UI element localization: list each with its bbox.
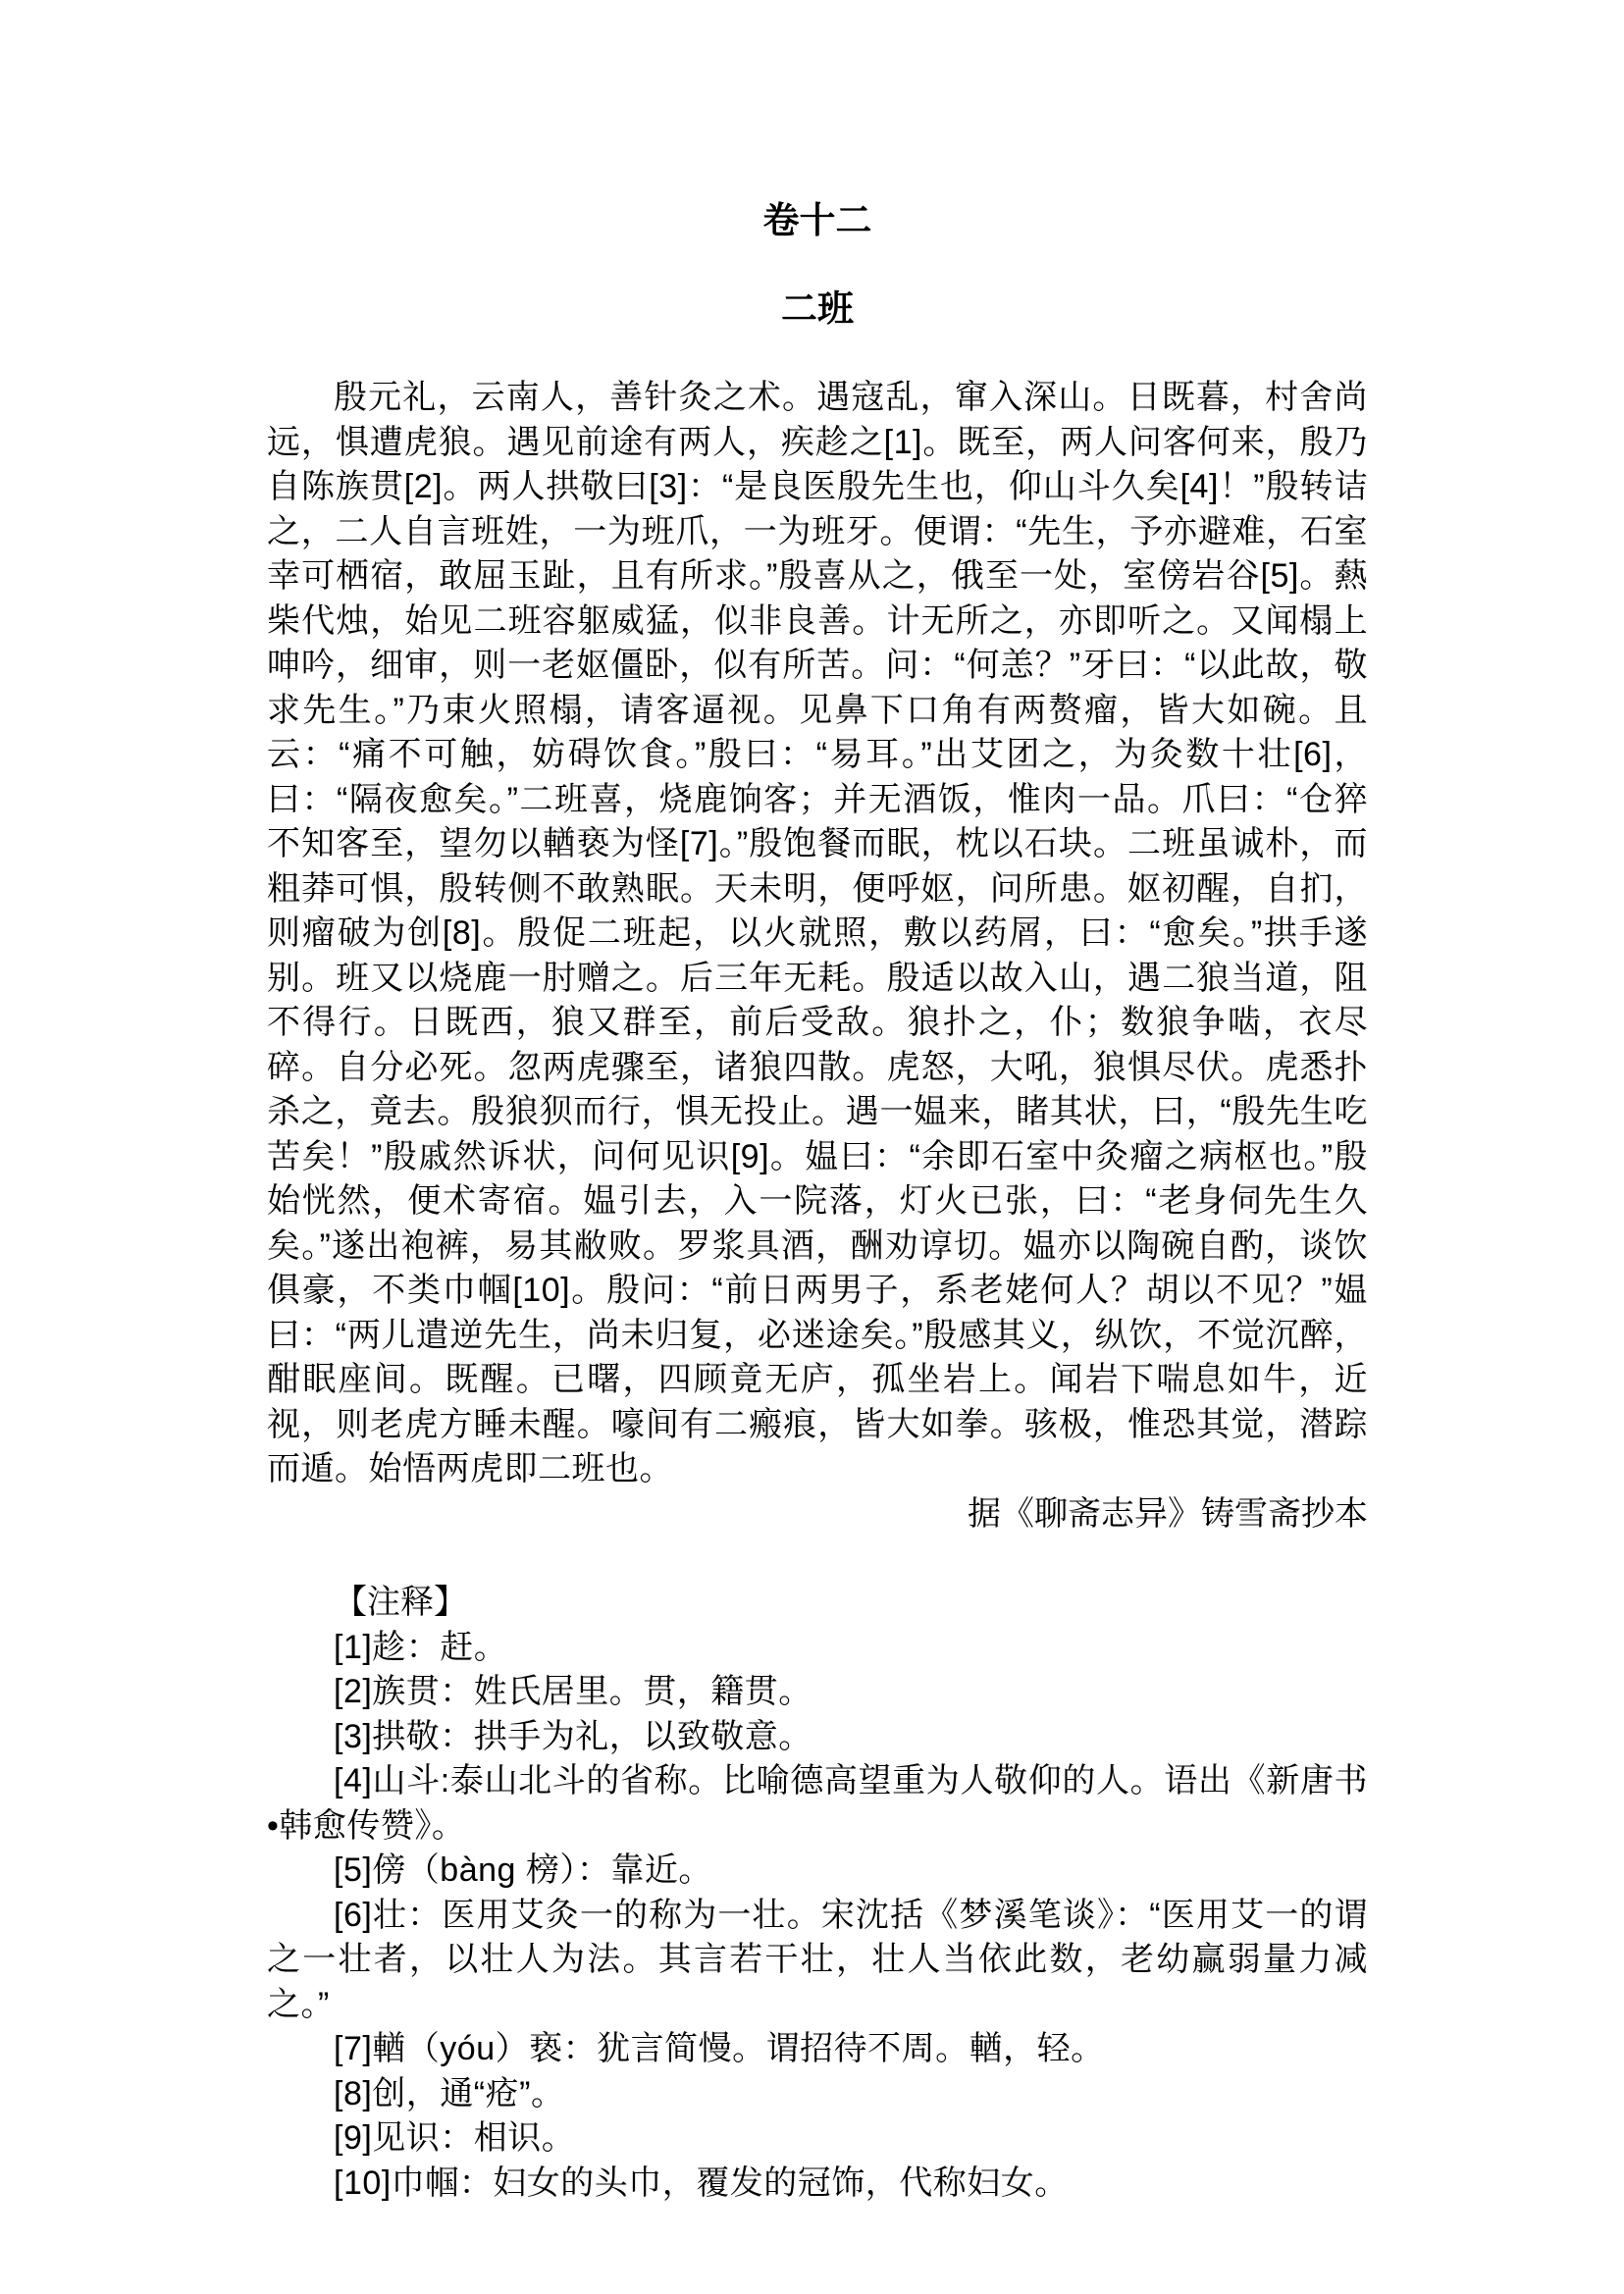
note-10: [10]巾帼：妇女的头巾，覆发的冠饰，代称妇女。	[267, 2162, 1368, 2207]
note-7: [7]輶（yóu）亵：犹言简慢。谓招待不周。輶，轻。	[267, 2027, 1368, 2072]
note-5: [5]傍（bàng 榜）：靠近。	[267, 1849, 1368, 1894]
note-8: [8]创，通“疮”。	[267, 2072, 1368, 2117]
document-page: 卷十二 二班 殷元礼，云南人，善针灸之术。遇寇乱，窜入深山。日既暮，村舍尚远，惧…	[0, 0, 1624, 2294]
source-attribution: 据《聊斋志异》铸雪斋抄本	[267, 1492, 1368, 1538]
note-3: [3]拱敬：拱手为礼，以致敬意。	[267, 1715, 1368, 1760]
text-column: 卷十二 二班 殷元礼，云南人，善针灸之术。遇寇乱，窜入深山。日既暮，村舍尚远，惧…	[267, 0, 1368, 2206]
note-6: [6]壮：医用艾灸一的称为一壮。宋沈括《梦溪笔谈》：“医用艾一的谓之一壮者，以壮…	[267, 1894, 1368, 2028]
note-4: [4]山斗:泰山北斗的省称。比喻德高望重为人敬仰的人。语出《新唐书 •韩愈传赞》…	[267, 1759, 1368, 1849]
story-title: 二班	[267, 287, 1368, 332]
volume-title: 卷十二	[267, 198, 1368, 243]
story-paragraph: 殷元礼，云南人，善针灸之术。遇寇乱，窜入深山。日既暮，村舍尚远，惧遭虎狼。遇见前…	[267, 376, 1368, 1492]
note-2: [2]族贯：姓氏居里。贯，籍贯。	[267, 1670, 1368, 1715]
notes-header: 【注释】	[267, 1581, 1368, 1626]
note-9: [9]见识：相识。	[267, 2116, 1368, 2162]
note-1: [1]趁：赶。	[267, 1626, 1368, 1671]
